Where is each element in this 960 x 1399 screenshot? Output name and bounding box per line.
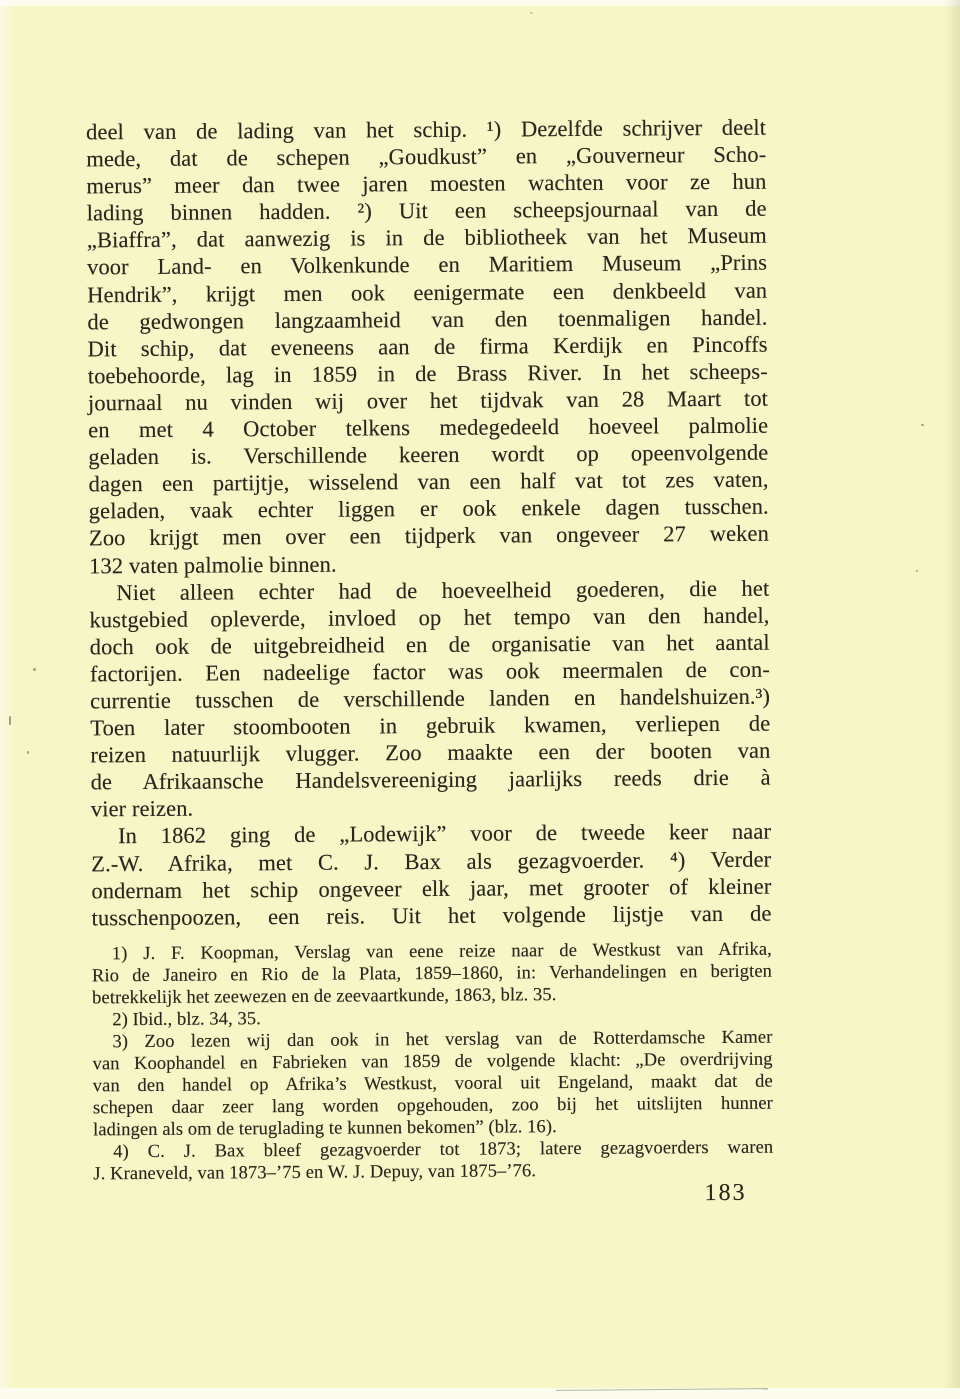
text-line: Hendrik”, krijgt men ook eenigermate een…	[87, 276, 767, 308]
scan-speck	[33, 668, 36, 671]
scan-edge-top	[0, 0, 960, 6]
scan-speck	[921, 424, 924, 426]
paragraph: Niet alleen echter had de hoeveelheid go…	[89, 574, 771, 823]
scan-speck	[27, 751, 29, 754]
paragraph: 1) J. F. Koopman, Verslag van eene reize…	[92, 938, 772, 1009]
scan-speck	[916, 570, 918, 572]
scan-edge-left	[0, 0, 14, 1399]
scan-edge-bottom	[0, 1388, 960, 1399]
text-line: ondernam het schip ongeveer elk jaar, me…	[91, 872, 771, 904]
footnotes: 1) J. F. Koopman, Verslag van eene reize…	[92, 938, 774, 1185]
paragraph: In 1862 ging de „Lodewijk” voor de tweed…	[91, 818, 772, 931]
paragraph: 4) C. J. Bax bleef gezagvoerder tot 1873…	[93, 1136, 773, 1185]
scanned-book-page: deel van de lading van het schip. ¹) Dez…	[0, 0, 960, 1399]
text-line: Z.-W. Afrika, met C. J. Bax als gezagvoe…	[91, 845, 771, 877]
scan-speck	[530, 12, 533, 14]
page-number: 183	[704, 1180, 746, 1207]
scan-speck	[9, 716, 11, 725]
body-text: deel van de lading van het schip. ¹) Dez…	[86, 114, 772, 932]
text-line: voor Land- en Volkenkunde en Maritiem Mu…	[87, 249, 767, 281]
text-line: Zoo krijgt men over een tijdperk van ong…	[89, 520, 769, 552]
text-line: J. Kraneveld, van 1873–’75 en W. J. Depu…	[93, 1158, 773, 1185]
text-line: de Afrikaansche Handelsvereeniging jaarl…	[91, 764, 771, 796]
text-line: Niet alleen echter had de hoeveelheid go…	[89, 574, 769, 606]
text-line: In 1862 ging de „Lodewijk” voor de tweed…	[91, 818, 771, 850]
paragraph: deel van de lading van het schip. ¹) Dez…	[86, 114, 769, 579]
scan-edge-right	[944, 0, 960, 1399]
paragraph: 3) Zoo lezen wij dan ook in het verslag …	[92, 1026, 773, 1141]
text-line: tusschenpoozen, een reis. Uit het volgen…	[91, 899, 771, 931]
page-content: deel van de lading van het schip. ¹) Dez…	[86, 114, 773, 1186]
